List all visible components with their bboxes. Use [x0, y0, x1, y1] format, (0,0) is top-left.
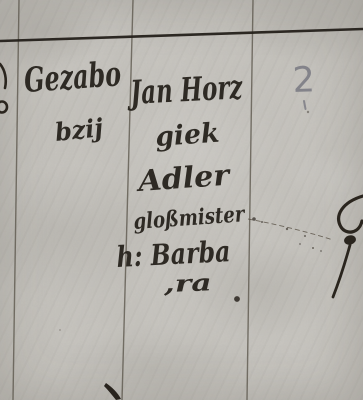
ink-dot [234, 296, 240, 302]
manuscript-layer: Gezabo bzij Jan Horz giek Adler gloßmist… [0, 0, 363, 400]
entry-col1-note: bzij [54, 113, 105, 147]
manuscript-scan: Gezabo bzij Jan Horz giek Adler gloßmist… [0, 0, 363, 400]
paper-speck [59, 329, 61, 331]
entry-col2-name-line1: Jan Horz [125, 67, 244, 112]
pencil-annotation-number: 2 [292, 60, 316, 101]
entry-col2-surname: Adler [134, 158, 233, 199]
entry-col1-name: Gezabo [23, 54, 123, 101]
paper-speck [307, 111, 309, 113]
entry-col2-wife-line2: ,ra [162, 269, 212, 298]
entry-col2-wife-line1: h: Barba [116, 234, 232, 274]
entry-col2-name-line2: giek [154, 118, 220, 153]
